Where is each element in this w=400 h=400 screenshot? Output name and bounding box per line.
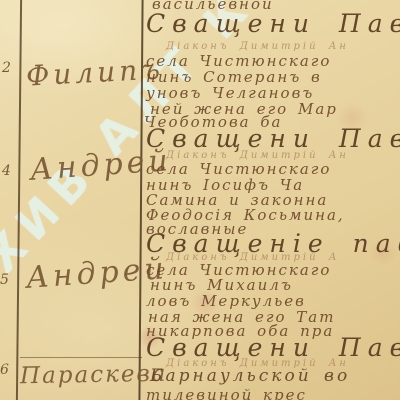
row-number: 6 [0,362,10,378]
text-line: тилевиной крес [146,386,307,400]
text-line: Сващени Павел [146,124,400,153]
row-number: 2 [2,60,12,76]
text-line: Сващени Павел [146,9,400,38]
row-separator [20,357,142,358]
text-line: Діаконъ Димитрій Ан [166,41,349,52]
row-number: 5 [0,272,10,288]
row-name: Филипъ [25,52,164,92]
manuscript-page: ХИВ АЛТ К 2 4 5 6 Филипъ Андрей Андрей П… [0,0,400,400]
row-number: 4 [2,163,12,179]
margin-rule [16,0,22,400]
row-name: Параскева [20,361,168,390]
text-line: Барнаульской во [150,366,350,386]
